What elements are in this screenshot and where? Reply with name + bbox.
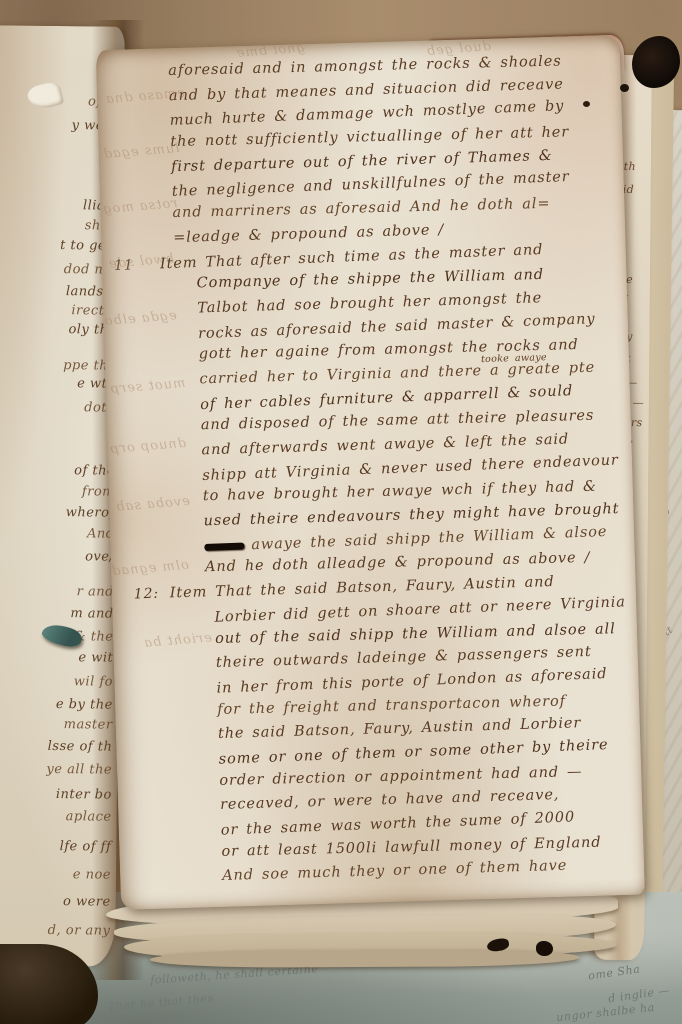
ink-blot xyxy=(536,941,553,956)
line-text: aforesaid and in amongst the rocks & sho… xyxy=(168,53,562,79)
ink-blot xyxy=(583,101,590,107)
bleedthrough-ghost-text: evoba sab xyxy=(115,494,191,515)
ink-strike-mark xyxy=(204,542,244,550)
margin-item-number: 12: xyxy=(134,586,160,603)
bleedthrough-ghost-text: gnol bme xyxy=(235,40,305,61)
bleedthrough-ghost-text: rotsa mog xyxy=(102,196,178,217)
margin-item-number: 11 xyxy=(114,257,134,274)
bleedthrough-ghost-text: dnuop orp xyxy=(109,436,187,457)
photo-of-open-manuscript-book: { "palette": { "ink": "#583a22", "paper"… xyxy=(0,0,682,1024)
manuscript-page: gnol bme duol geb emaso dna lums egad ro… xyxy=(96,35,645,910)
bottom-sheet-fragment: That he that thes xyxy=(108,991,215,1013)
ink-blot xyxy=(620,84,629,92)
manuscript-text-block: aforesaid and in amongst the rocks & sho… xyxy=(168,51,634,893)
interline-insertion: tooke awaye xyxy=(481,352,547,365)
bottom-sheet-fragment: ome Sha xyxy=(587,962,641,982)
bleedthrough-ghost-text: egda elbo xyxy=(103,308,177,329)
bleedthrough-ghost-text: olm egnad xyxy=(111,558,190,579)
bleedthrough-ghost-text: muot serp xyxy=(109,376,186,397)
bottom-sheet-fragment: ungor shalbe ha xyxy=(556,1001,656,1024)
bleedthrough-ghost-text: lums egad xyxy=(102,141,180,162)
